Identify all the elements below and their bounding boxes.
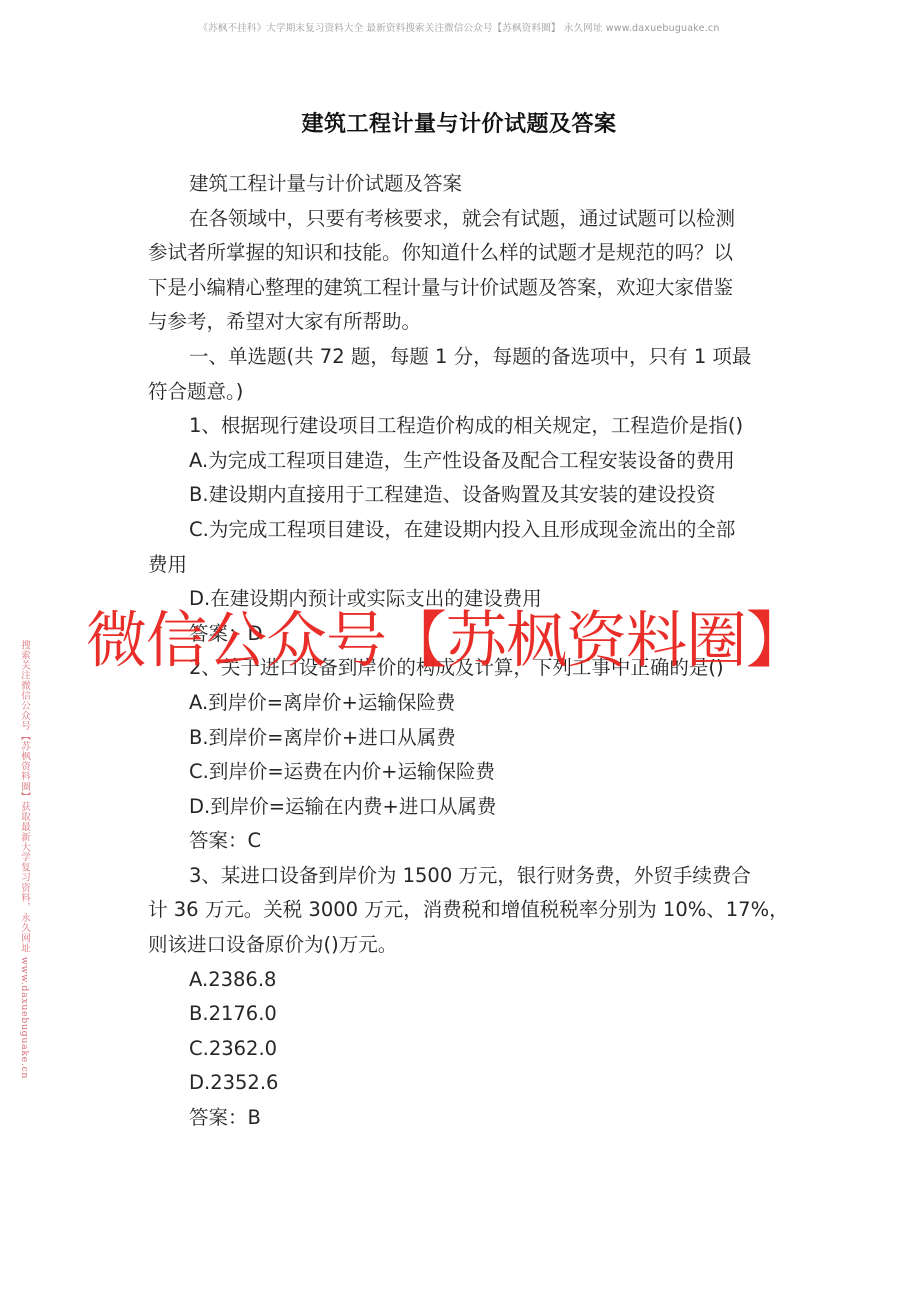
text-line: D.2352.6 [148, 1066, 798, 1101]
text-line: 答案：C [148, 824, 798, 859]
text-line: 计 36 万元。关税 3000 万元，消费税和增值税税率分别为 10%、17%， [148, 893, 798, 928]
side-watermark-note: 搜索关注微信公众号【苏枫资料圈】获取最新大学复习资料，永久网址 www.daxu… [17, 640, 31, 1079]
text-line: 符合题意。) [148, 375, 798, 410]
document-title: 建筑工程计量与计价试题及答案 [0, 107, 918, 138]
text-line: 一、单选题(共 72 题，每题 1 分，每题的备选项中，只有 1 项最 [148, 340, 798, 375]
text-line: B.2176.0 [148, 997, 798, 1032]
red-watermark: 微信公众号【苏枫资料圈】 [86, 603, 786, 679]
text-line: C.2362.0 [148, 1032, 798, 1067]
page-header: 《苏枫不挂科》大学期末复习资料大全 最新资料搜索关注微信公众号【苏枫资料圈】 永… [0, 20, 918, 34]
text-line: A.到岸价=离岸价+运输保险费 [148, 686, 798, 721]
text-line: 下是小编精心整理的建筑工程计量与计价试题及答案，欢迎大家借鉴 [148, 271, 798, 306]
text-line: C.到岸价=运费在内价+运输保险费 [148, 755, 798, 790]
text-line: D.到岸价=运输在内费+进口从属费 [148, 790, 798, 825]
text-line: 与参考，希望对大家有所帮助。 [148, 305, 798, 340]
text-line: 建筑工程计量与计价试题及答案 [148, 167, 798, 202]
text-line: B.建设期内直接用于工程建造、设备购置及其安装的建设投资 [148, 478, 798, 513]
text-line: B.到岸价=离岸价+进口从属费 [148, 721, 798, 756]
text-line: 3、某进口设备到岸价为 1500 万元，银行财务费，外贸手续费合 [148, 859, 798, 894]
text-line: 在各领域中，只要有考核要求，就会有试题，通过试题可以检测 [148, 202, 798, 237]
text-line: A.2386.8 [148, 963, 798, 998]
text-line: 参试者所掌握的知识和技能。你知道什么样的试题才是规范的吗？以 [148, 236, 798, 271]
text-line: C.为完成工程项目建设，在建设期内投入且形成现金流出的全部 [148, 513, 798, 548]
text-line: 费用 [148, 548, 798, 583]
text-line: 1、根据现行建设项目工程造价构成的相关规定，工程造价是指() [148, 409, 798, 444]
text-line: 答案：B [148, 1101, 798, 1136]
text-line: 则该进口设备原价为()万元。 [148, 928, 798, 963]
text-line: A.为完成工程项目建造，生产性设备及配合工程安装设备的费用 [148, 444, 798, 479]
